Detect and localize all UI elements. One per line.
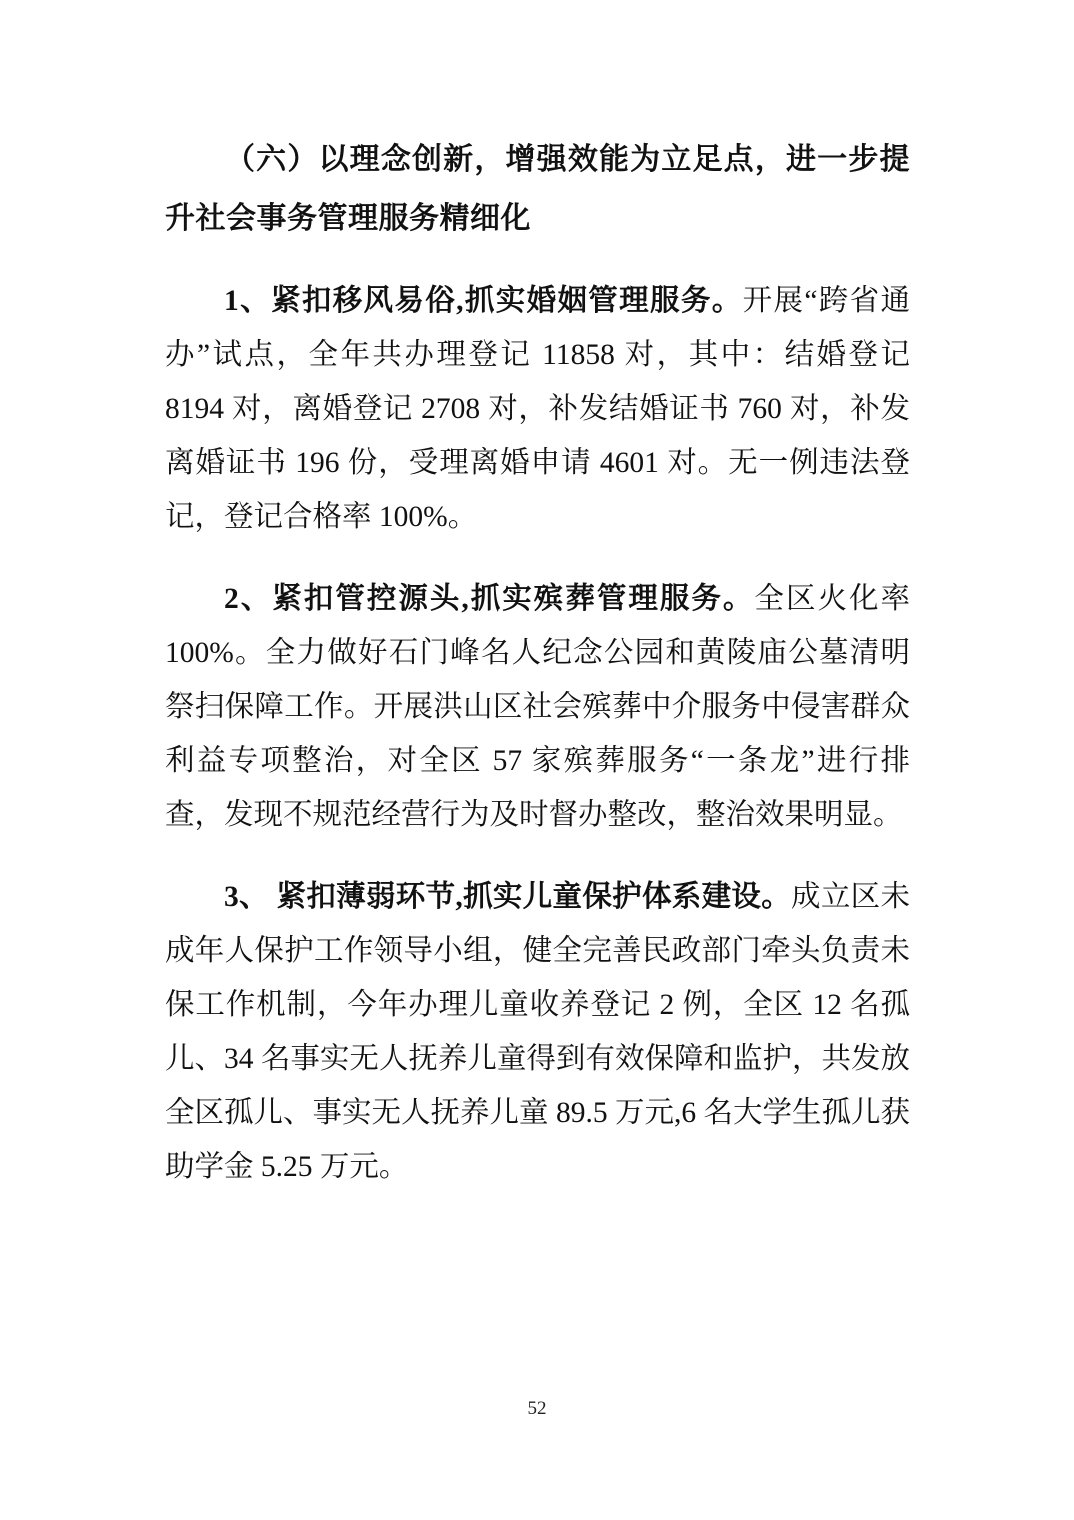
document-page: （六）以理念创新，增强效能为立足点，进一步提升社会事务管理服务精细化 1、紧扣移… xyxy=(0,0,1074,1520)
paragraph-body: 成立区未成年人保护工作领导小组，健全完善民政部门牵头负责未保工作机制，今年办理儿… xyxy=(165,881,910,1183)
paragraph-body: 开展“跨省通办”试点，全年共办理登记 11858 对，其中：结婚登记 8194 … xyxy=(165,285,910,533)
paragraph-body: 全区火化率 100%。全力做好石门峰名人纪念公园和黄陵庙公墓清明祭扫保障工作。开… xyxy=(165,583,910,831)
paragraph-lead: 3、 紧扣薄弱环节,抓实儿童保护体系建设。 xyxy=(224,881,791,913)
page-content: （六）以理念创新，增强效能为立足点，进一步提升社会事务管理服务精细化 1、紧扣移… xyxy=(165,130,910,1222)
page-number: 52 xyxy=(0,1398,1074,1420)
paragraph-child-protection: 3、 紧扣薄弱环节,抓实儿童保护体系建设。成立区未成年人保护工作领导小组，健全完… xyxy=(165,870,910,1194)
paragraph-marriage-services: 1、紧扣移风易俗,抓实婚姻管理服务。开展“跨省通办”试点，全年共办理登记 118… xyxy=(165,274,910,544)
section-heading: （六）以理念创新，增强效能为立足点，进一步提升社会事务管理服务精细化 xyxy=(165,130,910,248)
paragraph-funeral-services: 2、紧扣管控源头,抓实殡葬管理服务。全区火化率 100%。全力做好石门峰名人纪念… xyxy=(165,572,910,842)
paragraph-lead: 2、紧扣管控源头,抓实殡葬管理服务。 xyxy=(224,583,754,615)
paragraph-lead: 1、紧扣移风易俗,抓实婚姻管理服务。 xyxy=(224,285,743,317)
